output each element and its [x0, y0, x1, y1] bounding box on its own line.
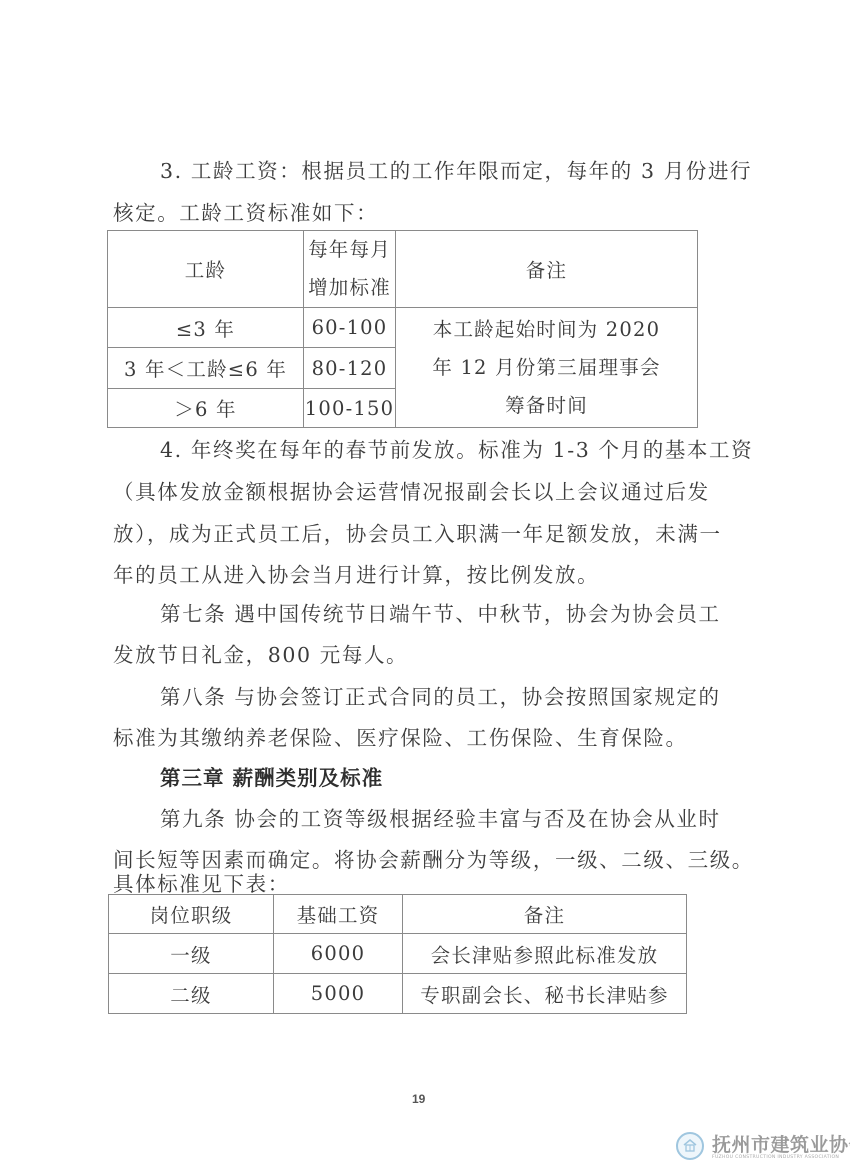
table-row: 一级 6000 会长津贴参照此标准发放: [109, 934, 687, 974]
paragraph-year-end-bonus-line2: （具体发放金额根据协会运营情况报副会长以上会议通过后发: [113, 478, 710, 506]
chapter-3-heading: 第三章 薪酬类别及标准: [160, 764, 383, 792]
article-7-line2: 发放节日礼金，800 元每人。: [113, 641, 408, 669]
org-name-english: FUZHOU CONSTRUCTION INDUSTRY ASSOCIATION: [712, 1155, 839, 1160]
level-cell: 二级: [109, 974, 274, 1014]
seniority-cell: ≤3 年: [108, 308, 304, 348]
paragraph-year-end-bonus-line1: 4. 年终奖在每年的春节前发放。标准为 1-3 个月的基本工资: [160, 436, 753, 464]
seniority-pay-table: 工龄 每年每月 增加标准 备注 ≤3 年 60-100 本工龄起始时间为 202…: [107, 230, 698, 428]
remark-cell: 专职副会长、秘书长津贴参: [403, 974, 687, 1014]
remark-line1: 本工龄起始时间为 2020: [396, 311, 697, 349]
remark-line3: 筹备时间: [396, 387, 697, 425]
article-7-line1: 第七条 遇中国传统节日端午节、中秋节，协会为协会员工: [160, 600, 721, 628]
level-cell: 一级: [109, 934, 274, 974]
table-header-row: 岗位职级 基础工资 备注: [109, 895, 687, 934]
increase-cell: 100-150: [304, 389, 396, 428]
seniority-cell: 3 年＜工龄≤6 年: [108, 348, 304, 389]
article-8-line2: 标准为其缴纳养老保险、医疗保险、工伤保险、生育保险。: [113, 724, 688, 752]
header-base-salary: 基础工资: [274, 895, 403, 934]
table-header-row: 工龄 每年每月 增加标准 备注: [108, 231, 698, 308]
header-remark: 备注: [403, 895, 687, 934]
table-row: 二级 5000 专职副会长、秘书长津贴参: [109, 974, 687, 1014]
base-salary-cell: 5000: [274, 974, 403, 1014]
header-increase-line2: 增加标准: [304, 269, 395, 307]
paragraph-seniority-pay-line2: 核定。工龄工资标准如下：: [113, 199, 378, 227]
header-seniority: 工龄: [108, 231, 304, 308]
increase-cell: 60-100: [304, 308, 396, 348]
article-8-line1: 第八条 与协会签订正式合同的员工，协会按照国家规定的: [160, 683, 721, 711]
remark-line2: 年 12 月份第三届理事会: [396, 349, 697, 387]
header-increase-line1: 每年每月: [304, 231, 395, 269]
header-remark: 备注: [396, 231, 698, 308]
table-row: ≤3 年 60-100 本工龄起始时间为 2020 年 12 月份第三届理事会 …: [108, 308, 698, 348]
paragraph-seniority-pay-line1: 3. 工龄工资：根据员工的工作年限而定，每年的 3 月份进行: [160, 157, 752, 185]
page-number: 19: [412, 1092, 425, 1106]
remark-cell: 会长津贴参照此标准发放: [403, 934, 687, 974]
paragraph-year-end-bonus-line4: 年的员工从进入协会当月进行计算，按比例发放。: [113, 561, 599, 589]
article-9-line1: 第九条 协会的工资等级根据经验丰富与否及在协会从业时: [160, 805, 721, 833]
footer-org-logo: 抚州市建筑业协会 FUZHOU CONSTRUCTION INDUSTRY AS…: [672, 1128, 847, 1168]
association-emblem-icon: [676, 1132, 704, 1160]
salary-level-table: 岗位职级 基础工资 备注 一级 6000 会长津贴参照此标准发放 二级 5000…: [108, 894, 687, 1014]
remark-cell: 本工龄起始时间为 2020 年 12 月份第三届理事会 筹备时间: [396, 308, 698, 428]
seniority-cell: ＞6 年: [108, 389, 304, 428]
base-salary-cell: 6000: [274, 934, 403, 974]
increase-cell: 80-120: [304, 348, 396, 389]
header-increase-standard: 每年每月 增加标准: [304, 231, 396, 308]
org-name: 抚州市建筑业协会: [712, 1130, 850, 1157]
header-level: 岗位职级: [109, 895, 274, 934]
paragraph-year-end-bonus-line3: 放），成为正式员工后，协会员工入职满一年足额发放，未满一: [113, 520, 722, 548]
